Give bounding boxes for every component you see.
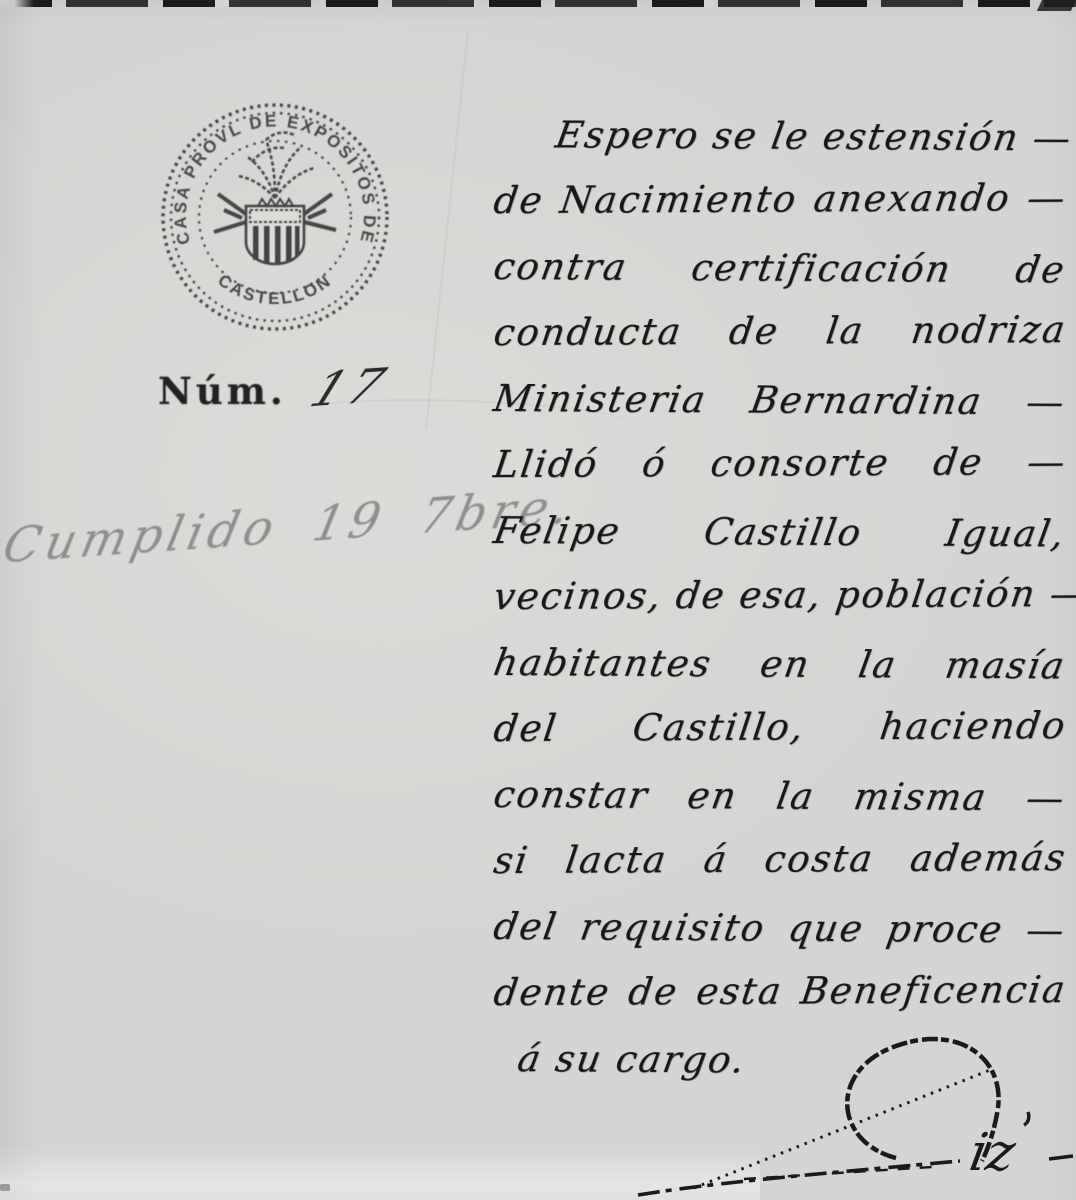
manuscript-line: Espero se le estensión — <box>489 102 1071 171</box>
official-seal-stamp: CASA PROVL DE EXPOSITOS DE CASTELLON <box>154 98 396 340</box>
num-value-handwritten: 17 <box>302 358 397 419</box>
ink-speck <box>0 1184 10 1191</box>
corner-scan-mark <box>1037 0 1076 11</box>
manuscript-line: habitantes en la masía <box>489 630 1071 699</box>
seal-shield <box>246 199 304 265</box>
manuscript-line: de Nacimiento anexando — <box>490 165 1071 234</box>
scanned-document-page: CASA PROVL DE EXPOSITOS DE CASTELLON <box>0 0 1076 1200</box>
manuscript-line: Felipe Castillo Igual, <box>489 498 1071 567</box>
paper-crease <box>425 31 469 429</box>
seal-crest-plumes <box>238 133 314 198</box>
signature: iz <box>598 1008 1076 1200</box>
scan-edge-artifact <box>0 0 1076 7</box>
manuscript-line: del requisito que proce — <box>489 894 1071 963</box>
manuscript-line: Ministeria Bernardina — <box>489 366 1071 435</box>
signature-trailing-dash <box>1049 1156 1073 1159</box>
manuscript-line: vecinos, de esa, población — <box>490 561 1071 630</box>
pencil-margin-note: Cumplido 19 7bre. <box>0 481 537 576</box>
signature-tail-letters: iz <box>965 1122 1020 1183</box>
manuscript-line: contra certificación de <box>489 234 1071 303</box>
manuscript-line: conducta de la nodriza <box>490 297 1071 366</box>
manuscript-line: Llidó ó consorte de — <box>490 429 1071 498</box>
manuscript-line: si lacta á costa además <box>490 825 1071 894</box>
signature-ascender-stroke <box>694 1070 990 1188</box>
document-number-row: Núm.17 <box>158 360 384 416</box>
signature-underline <box>744 1167 932 1179</box>
manuscript-line: del Castillo, haciendo <box>490 693 1071 762</box>
num-label: Núm. <box>158 369 287 413</box>
manuscript-line: constar en la misma — <box>489 762 1071 831</box>
manuscript-body: Espero se le estensión —de Nacimiento an… <box>494 102 1072 1092</box>
seal-arc-bottom-text: CASTELLON <box>214 271 335 308</box>
signature-underline <box>638 1161 960 1195</box>
signature-apostrophe <box>1024 1112 1029 1125</box>
